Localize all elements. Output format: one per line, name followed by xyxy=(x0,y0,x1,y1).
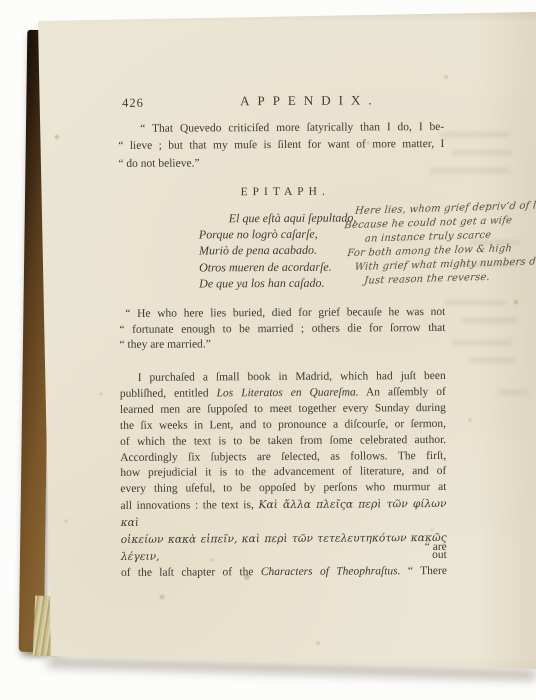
roman-text: An aſſembly of xyxy=(359,386,446,399)
roman-text: learned men are ſuppoſed to meet togethe… xyxy=(120,402,446,416)
photo-background: 426 APPENDIX. “ That Quevedo criticiſed … xyxy=(0,0,536,700)
text-line: of the laſt chapter of the Characters of… xyxy=(121,564,447,582)
roman-text: all innovations : the text is, xyxy=(120,499,258,512)
text-line: of which the text is to be taken from ſo… xyxy=(120,433,446,451)
showthrough-line xyxy=(445,300,505,305)
text-line: I purchaſed a ſmall book in Madrid, whic… xyxy=(120,369,446,387)
text-line: “ He who here lies buried, died for grie… xyxy=(125,305,445,323)
text-line: learned men are ſuppoſed to meet togethe… xyxy=(120,401,446,419)
text-line: all innovations : the text is, Καὶ ἄλλα … xyxy=(120,496,446,532)
text-line: El que eſtà aqui ſepultado, xyxy=(229,209,357,226)
showthrough-line xyxy=(452,340,512,345)
showthrough-line xyxy=(498,390,528,395)
showthrough-line xyxy=(440,132,510,137)
handwritten-translation: Here lies, whom grief depriv’d of lifeBe… xyxy=(344,196,536,289)
roman-text: how prejudicial it is to the advancement… xyxy=(120,465,446,479)
epitaph-spanish-verse: El que eſtà aqui ſepultado,Porque no log… xyxy=(199,209,357,291)
text-line: Muriò de pena acabado. xyxy=(199,242,357,259)
italic-text: Los Literatos en Quareſma. xyxy=(217,386,359,399)
text-line: “ they are married.” xyxy=(119,336,445,354)
text-line: “ fortunate enough to be married ; other… xyxy=(119,321,445,339)
translation-quote-paragraph: “ He who here lies buried, died for grie… xyxy=(119,305,445,354)
book-page: 426 APPENDIX. “ That Quevedo criticiſed … xyxy=(0,0,536,700)
text-line: “ do not believe.” xyxy=(118,154,444,173)
roman-text: “ There xyxy=(400,565,446,577)
roman-text: publiſhed, entitled xyxy=(120,387,217,400)
roman-text: the ſix weeks in Lent, and to pronounce … xyxy=(120,418,446,432)
running-title: APPENDIX. xyxy=(240,92,380,109)
roman-text: I purchaſed a ſmall book in Madrid, whic… xyxy=(138,370,446,384)
epitaph-heading: EPITAPH. xyxy=(241,186,330,199)
showthrough-line xyxy=(452,150,512,155)
showthrough-line xyxy=(470,358,515,363)
text-line: “ That Quevedo criticiſed more ſatyrical… xyxy=(140,119,444,138)
roman-text: Accordingly ſix ſubjects are ſelected, a… xyxy=(120,449,446,463)
page-head: 426 APPENDIX. xyxy=(110,92,442,114)
roman-text: every thing uſeful, to be oppoſed by per… xyxy=(120,481,446,495)
text-line: Otros mueren de acordarſe. xyxy=(199,258,357,275)
opening-quote-paragraph: “ That Quevedo criticiſed more ſatyrical… xyxy=(118,119,444,173)
text-line: De que ya los han caſado. xyxy=(199,274,357,291)
roman-text: of which the text is to be taken from ſo… xyxy=(120,434,446,448)
showthrough-line xyxy=(462,318,517,323)
page-number: 426 xyxy=(122,96,144,111)
text-line: Porque no logrò caſarſe, xyxy=(199,226,357,243)
italic-text: Characters of Theophraſtus. xyxy=(261,565,401,578)
catchword: “ are xyxy=(121,541,447,555)
roman-text: of the laſt chapter of the xyxy=(121,566,261,579)
text-line: publiſhed, entitled Los Literatos en Qua… xyxy=(120,385,446,403)
printed-text-block: 426 APPENDIX. “ That Quevedo criticiſed … xyxy=(110,92,442,114)
text-line: “ lieve ; but that my muſe is ſilent for… xyxy=(118,136,444,155)
text-line: the ſix weeks in Lent, and to pronounce … xyxy=(120,417,446,435)
